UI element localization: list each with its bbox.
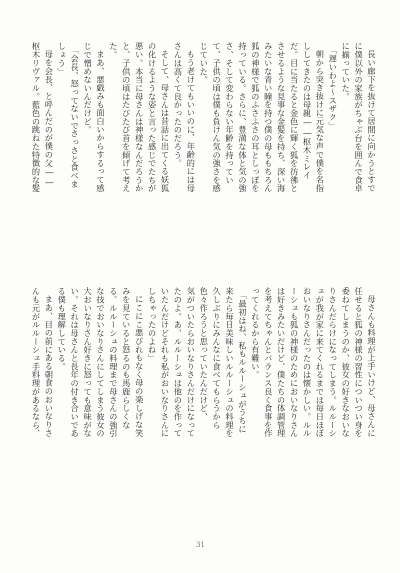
paragraph: もう老けてもいいのに、年齢的には母さんは高くて良かったのだろう。	[172, 42, 198, 194]
page-number: 31	[196, 541, 205, 549]
paragraph: まあ、目の前にある朝食のおいなりさんも元がルルーシュ手料理があるなら、それは確実…	[30, 287, 55, 439]
paragraph: まあ、悪戯みも面白いからするって感じで憎めないんだけど。	[81, 42, 107, 194]
paragraph: 気がついたらおいなりさんだけになってたのよ。あ、ルルーシュは他のを作っていたんだ…	[146, 287, 198, 439]
paragraph: 長い廊下を抜けて居間に向かうとすでに僕以外の家族がちゃぶ台を囲んで食卓に揃ってい…	[339, 42, 378, 194]
dialogue-line: 「遅いわよ～スザク」	[326, 42, 339, 194]
dialogue-line: 「会長、怒ってないでさっさと食べましょう」	[55, 42, 81, 194]
lower-text-tier: 母さんも料理が上手いけど、母さんに任せると狐の神様の習性についつい身を委ねてしま…	[30, 287, 378, 439]
book-page: 長い廊下を抜けて居間に向かうとすでに僕以外の家族がちゃぶ台を囲んで食卓に揃ってい…	[0, 0, 400, 573]
paragraph: そして、母さんは昔話に出てくる妖狐の化けるような姿と言った感じでたちが悪い。本当…	[107, 42, 172, 194]
dialogue-line: 「最初はね、私もルルーシュがうちに来たら毎日美味しいルルーシュの料理を久しぶりに…	[197, 287, 249, 439]
paragraph: 朝から突き抜けに元気な声で僕を名指ししてきたのは母親――枢木ミレイだ。目に当たる…	[197, 42, 326, 194]
paragraph: 母さんも料理が上手いけど、母さんに任せると狐の神様の習性についつい身を委ねてしま…	[249, 287, 378, 439]
upper-text-tier: 長い廊下を抜けて居間に向かうとすでに僕以外の家族がちゃぶ台を囲んで食卓に揃ってい…	[30, 42, 378, 194]
paragraph: にこにこ悪びれもなく母の楽しげな笑みを見ていると怒るのも馬鹿らしくなる。ルルーシ…	[55, 287, 145, 439]
paragraph: 母を会長、と呼んだのが僕の父――枢木リヴァル。藍色の跳ねた特徴的な髪と人柄を表し…	[30, 42, 55, 194]
